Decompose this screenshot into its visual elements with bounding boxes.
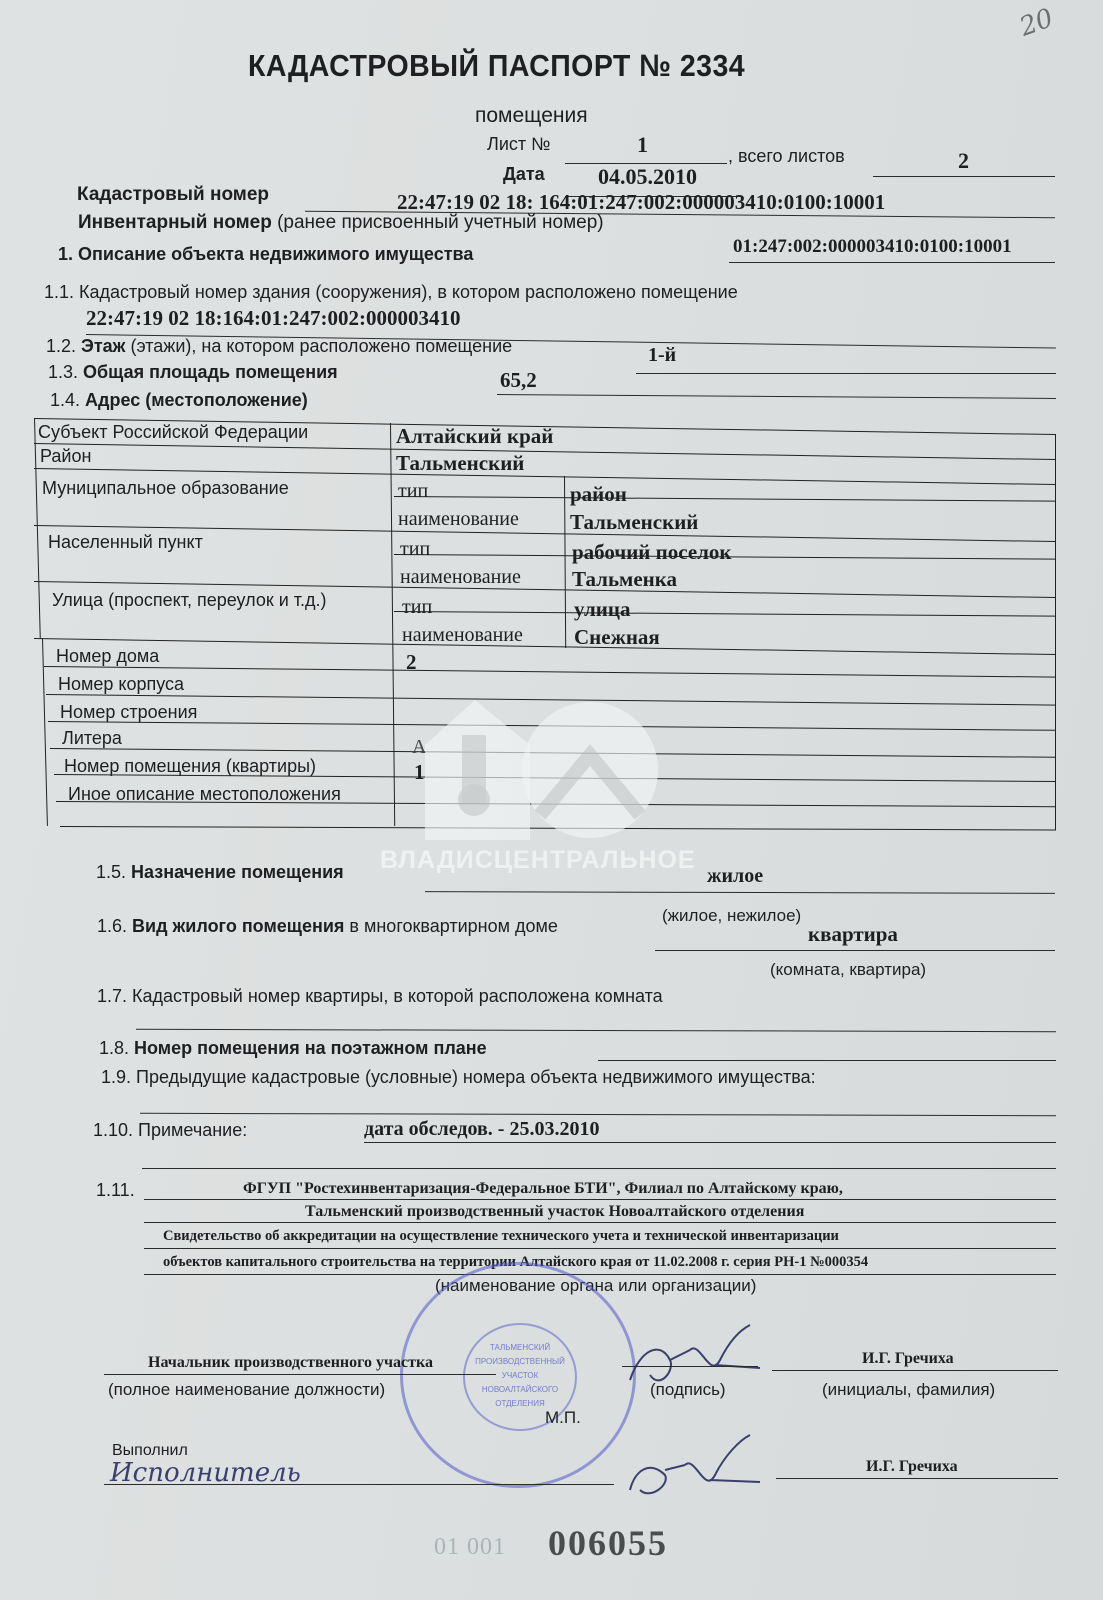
- seal-text: ОТДЕЛЕНИЯ: [465, 1399, 575, 1408]
- dwelling-num: 1.6.: [97, 916, 127, 936]
- organization-line-2: Тальменский производственный участок Нов…: [305, 1203, 804, 1221]
- address-subrow-label: наименование: [402, 624, 523, 647]
- floor-underline: [636, 373, 1056, 374]
- serial-prefix: 01 001: [434, 1534, 506, 1561]
- date-label: Дата: [503, 164, 545, 185]
- purpose-underline: [425, 891, 1055, 894]
- address-row-label: Муниципальное образование: [42, 478, 289, 499]
- signature-2-icon: [620, 1430, 770, 1510]
- address-row-label: Иное описание местоположения: [68, 784, 341, 805]
- signer-name: И.Г. Гречиха: [862, 1350, 954, 1368]
- address-num: 1.4.: [50, 390, 80, 410]
- floor-label: 1.2. Этаж (этажи), на котором расположен…: [46, 336, 512, 357]
- dwelling-hint: (комната, квартира): [770, 960, 926, 980]
- org-underline-3: [144, 1248, 1056, 1249]
- address-subrow-value: рабочий поселок: [572, 540, 732, 565]
- address-subrow-value: Снежная: [574, 625, 660, 650]
- seal-text: ПРОИЗВОДСТВЕННЫЙ: [465, 1357, 575, 1366]
- purpose-label-text: Назначение помещения: [131, 862, 344, 882]
- area-label-text: Общая площадь помещения: [83, 362, 338, 382]
- document-title: КАДАСТРОВЫЙ ПАСПОРТ № 2334: [248, 48, 745, 84]
- address-subrow-value: Тальменский: [570, 510, 698, 535]
- dwelling-type-label: 1.6. Вид жилого помещения в многоквартир…: [97, 916, 558, 937]
- inventory-label-bold: Инвентарный номер: [78, 212, 272, 233]
- cadastral-number-label: Кадастровый номер: [77, 184, 269, 206]
- note-value: дата обследов. - 25.03.2010: [364, 1118, 599, 1141]
- address-row-label: Номер строения: [60, 702, 197, 723]
- name-hint: (инициалы, фамилия): [822, 1380, 995, 1400]
- address-subrow-label: тип: [402, 596, 432, 619]
- floor-bold: Этаж: [81, 336, 125, 356]
- position-underline: [104, 1374, 496, 1375]
- previous-numbers-label: 1.9. Предыдущие кадастровые (условные) н…: [101, 1067, 816, 1088]
- address-row-label: Литера: [62, 728, 122, 749]
- section-1-heading: 1. Описание объекта недвижимого имуществ…: [58, 244, 473, 265]
- inventory-underline: [729, 262, 1055, 263]
- floor-num: 1.2.: [46, 336, 76, 356]
- floor-value: 1-й: [648, 344, 676, 367]
- watermark-text: ВЛАДИСЦЕНТРАЛЬНОЕ: [380, 846, 696, 875]
- watermark-logo-icon: [420, 700, 670, 840]
- address-row-label: Номер дома: [56, 646, 159, 667]
- organization-line-1: ФГУП "Ростехинвентаризация-Федеральное Б…: [243, 1180, 843, 1198]
- address-subrow-value: улица: [574, 597, 630, 622]
- document-page: 20 КАДАСТРОВЫЙ ПАСПОРТ № 2334 помещения …: [0, 0, 1103, 1600]
- inventory-number-label: Инвентарный номер (ранее присвоенный уче…: [78, 212, 604, 234]
- dwelling-bold: Вид жилого помещения: [132, 916, 344, 936]
- area-num: 1.3.: [48, 362, 78, 382]
- address-subrow-label: тип: [400, 538, 430, 561]
- address-row-value: 2: [406, 650, 417, 675]
- inventory-number-value: 01:247:002:000003410:0100:10001: [733, 236, 1012, 258]
- org-underline-2: [144, 1222, 1056, 1223]
- address-subrow-label: тип: [398, 480, 428, 503]
- purpose-num: 1.5.: [96, 862, 126, 882]
- position-hint: (полное наименование должности): [108, 1380, 385, 1400]
- purpose-label: 1.5. Назначение помещения: [96, 862, 344, 883]
- position-title: Начальник производственного участка: [148, 1354, 433, 1372]
- sheet-value: 1: [637, 132, 648, 158]
- signature-hint: (подпись): [650, 1380, 726, 1400]
- total-sheets-value: 2: [958, 148, 969, 174]
- address-subrow-label: наименование: [398, 508, 519, 531]
- area-label: 1.3. Общая площадь помещения: [48, 362, 338, 383]
- address-row-label: Номер корпуса: [58, 674, 184, 695]
- inventory-label-rest: (ранее присвоенный учетный номер): [272, 212, 604, 233]
- official-seal-stamp: ТАЛЬМЕНСКИЙ ПРОИЗВОДСТВЕННЫЙ УЧАСТОК НОВ…: [400, 1262, 636, 1488]
- address-row-label: Улица (проспект, переулок и т.д.): [52, 590, 327, 611]
- seal-text: НОВОАЛТАЙСКОГО: [465, 1385, 575, 1394]
- address-subrow-value: Тальменка: [572, 567, 677, 592]
- dwelling-rest: в многоквартирном доме: [344, 916, 557, 936]
- name-underline-1: [772, 1370, 1058, 1371]
- address-subrow-label: наименование: [400, 566, 521, 589]
- serial-number: 006055: [548, 1522, 668, 1564]
- organization-line-3: Свидетельство об аккредитации на осущест…: [163, 1228, 839, 1245]
- apartment-cadastral-label: 1.7. Кадастровый номер квартиры, в котор…: [97, 986, 663, 1007]
- name-underline-2: [776, 1478, 1058, 1479]
- floor-rest: (этажи), на котором расположено помещени…: [125, 336, 512, 356]
- building-cadastral-label: 1.1. Кадастровый номер здания (сооружени…: [44, 282, 738, 303]
- building-cadastral-value: 22:47:19 02 18:164:01:247:002:000003410: [86, 306, 460, 331]
- performer-name: И.Г. Гречиха: [866, 1458, 958, 1476]
- org-underline-1: [144, 1199, 1056, 1200]
- org-underline-4: [144, 1274, 1056, 1275]
- date-value: 04.05.2010: [598, 164, 697, 190]
- address-label-text: Адрес (местоположение): [85, 390, 308, 410]
- note-underline: [364, 1142, 1056, 1143]
- address-label: 1.4. Адрес (местоположение): [50, 390, 308, 411]
- organization-num: 1.11.: [96, 1180, 135, 1201]
- total-sheets-label: , всего листов: [728, 146, 845, 167]
- signature-underline-1: [622, 1366, 758, 1367]
- document-subtitle: помещения: [475, 104, 588, 128]
- address-row-label: Район: [40, 446, 91, 467]
- sheet-label: Лист №: [487, 134, 550, 155]
- area-underline: [497, 394, 1056, 399]
- address-subrow-value: район: [570, 482, 627, 507]
- floorplan-label-text: Номер помещения на поэтажном плане: [134, 1038, 487, 1058]
- address-row-value: Тальменский: [396, 451, 524, 476]
- note-underline-2: [142, 1168, 1056, 1169]
- address-row-label: Субъект Российской Федерации: [38, 422, 308, 443]
- previous-numbers-underline: [140, 1113, 1056, 1116]
- address-row-value: Алтайский край: [396, 424, 553, 449]
- seal-text: УЧАСТОК: [465, 1371, 575, 1380]
- floorplan-underline: [598, 1060, 1056, 1061]
- seal-text: ТАЛЬМЕНСКИЙ: [465, 1343, 575, 1352]
- purpose-value: жилое: [707, 865, 763, 888]
- floorplan-number-label: 1.8. Номер помещения на поэтажном плане: [99, 1038, 487, 1059]
- purpose-hint: (жилое, нежилое): [662, 906, 801, 926]
- address-row-label: Населенный пункт: [48, 532, 203, 553]
- performed-underline: [104, 1484, 614, 1485]
- dwelling-underline: [655, 950, 1055, 951]
- note-label: 1.10. Примечание:: [93, 1120, 247, 1141]
- floorplan-num: 1.8.: [99, 1038, 129, 1058]
- total-sheets-underline: [873, 176, 1055, 177]
- area-value: 65,2: [500, 368, 537, 393]
- apartment-cadastral-underline: [136, 1029, 1056, 1032]
- seal-label: М.П.: [545, 1408, 581, 1428]
- dwelling-type-value: квартира: [808, 922, 898, 947]
- address-row-label: Номер помещения (квартиры): [64, 756, 316, 777]
- corner-page-note: 20: [1016, 3, 1057, 43]
